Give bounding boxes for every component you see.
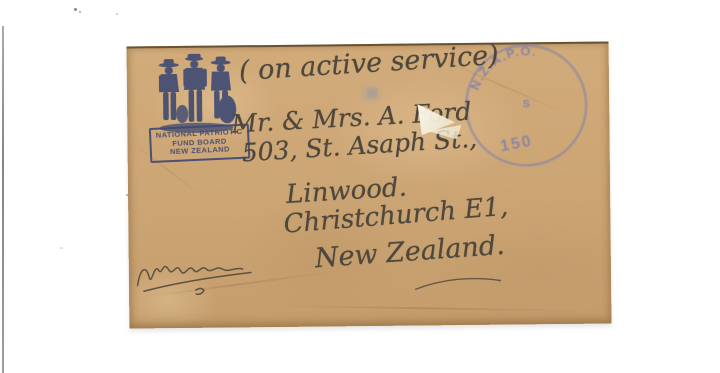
envelope: NATIONAL PATRIOTIC FUND BOARD NEW ZEALAN… (127, 41, 612, 328)
illegible-cursive-signature-icon (131, 244, 266, 304)
underline-flourish-icon (413, 275, 505, 294)
dust-speck (60, 247, 63, 249)
ink-smudge (367, 88, 377, 98)
paper-crease (279, 305, 579, 312)
three-servicemen-figures-icon (153, 51, 240, 134)
postmark-center-text: S (522, 98, 529, 110)
postmark-number-text: 150 (499, 133, 534, 156)
scanner-edge-line-icon (2, 26, 4, 373)
country-line: New Zealand. (314, 230, 506, 275)
scanned-photo-background: NATIONAL PATRIOTIC FUND BOARD NEW ZEALAN… (0, 0, 720, 373)
dust-speck (79, 11, 81, 13)
dust-speck (116, 13, 118, 15)
dust-speck (74, 8, 77, 11)
